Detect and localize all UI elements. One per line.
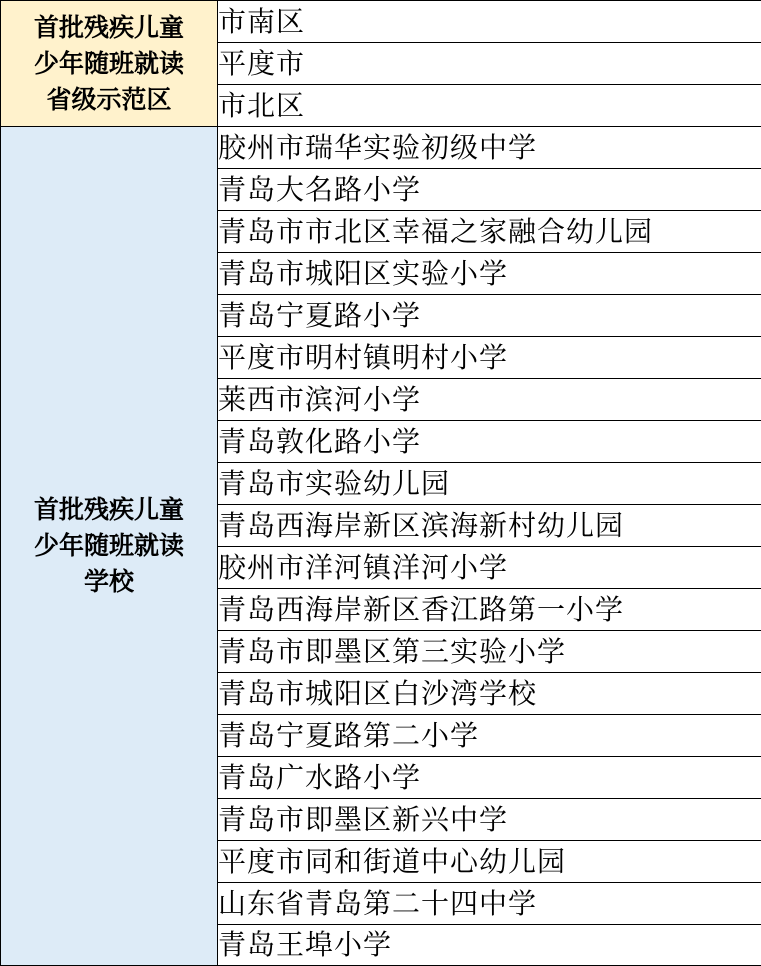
district-cell: 平度市 bbox=[218, 43, 761, 85]
school-cell: 山东省青岛第二十四中学 bbox=[218, 883, 761, 925]
demonstration-table: 首批残疾儿童 少年随班就读 省级示范区 市南区 平度市 市北区 首批残疾儿童 少… bbox=[0, 0, 761, 955]
category-line: 少年随班就读 bbox=[1, 528, 217, 564]
category-line: 少年随班就读 bbox=[1, 46, 217, 82]
table-row: 首批残疾儿童 少年随班就读 省级示范区 市南区 bbox=[1, 1, 761, 43]
category-line: 省级示范区 bbox=[1, 82, 217, 118]
school-cell: 青岛敦化路小学 bbox=[218, 421, 761, 463]
table-row: 首批残疾儿童 少年随班就读 学校 胶州市瑞华实验初级中学 bbox=[1, 127, 761, 169]
school-cell: 莱西市滨河小学 bbox=[218, 379, 761, 421]
category-line: 首批残疾儿童 bbox=[1, 492, 217, 528]
school-cell: 胶州市洋河镇洋河小学 bbox=[218, 547, 761, 589]
category-cell-schools: 首批残疾儿童 少年随班就读 学校 bbox=[1, 127, 218, 956]
school-cell: 青岛西海岸新区滨海新村幼儿园 bbox=[218, 505, 761, 547]
category-line: 学校 bbox=[1, 564, 217, 600]
school-cell: 平度市明村镇明村小学 bbox=[218, 337, 761, 379]
school-cell: 平度市同和街道中心幼儿园 bbox=[218, 841, 761, 883]
category-line: 首批残疾儿童 bbox=[1, 10, 217, 46]
district-cell: 市南区 bbox=[218, 1, 761, 43]
school-cell: 青岛宁夏路第二小学 bbox=[218, 715, 761, 757]
school-cell: 青岛西海岸新区香江路第一小学 bbox=[218, 589, 761, 631]
school-cell: 青岛宁夏路小学 bbox=[218, 295, 761, 337]
school-cell: 青岛市城阳区白沙湾学校 bbox=[218, 673, 761, 715]
category-cell-demonstration-district: 首批残疾儿童 少年随班就读 省级示范区 bbox=[1, 1, 218, 127]
school-cell: 青岛市城阳区实验小学 bbox=[218, 253, 761, 295]
school-cell: 青岛广水路小学 bbox=[218, 757, 761, 799]
district-cell: 市北区 bbox=[218, 85, 761, 127]
school-cell: 青岛王埠小学 bbox=[218, 925, 761, 956]
school-cell: 青岛市即墨区第三实验小学 bbox=[218, 631, 761, 673]
school-cell: 胶州市瑞华实验初级中学 bbox=[218, 127, 761, 169]
school-cell: 青岛市市北区幸福之家融合幼儿园 bbox=[218, 211, 761, 253]
school-cell: 青岛市实验幼儿园 bbox=[218, 463, 761, 505]
school-cell: 青岛大名路小学 bbox=[218, 169, 761, 211]
school-cell: 青岛市即墨区新兴中学 bbox=[218, 799, 761, 841]
